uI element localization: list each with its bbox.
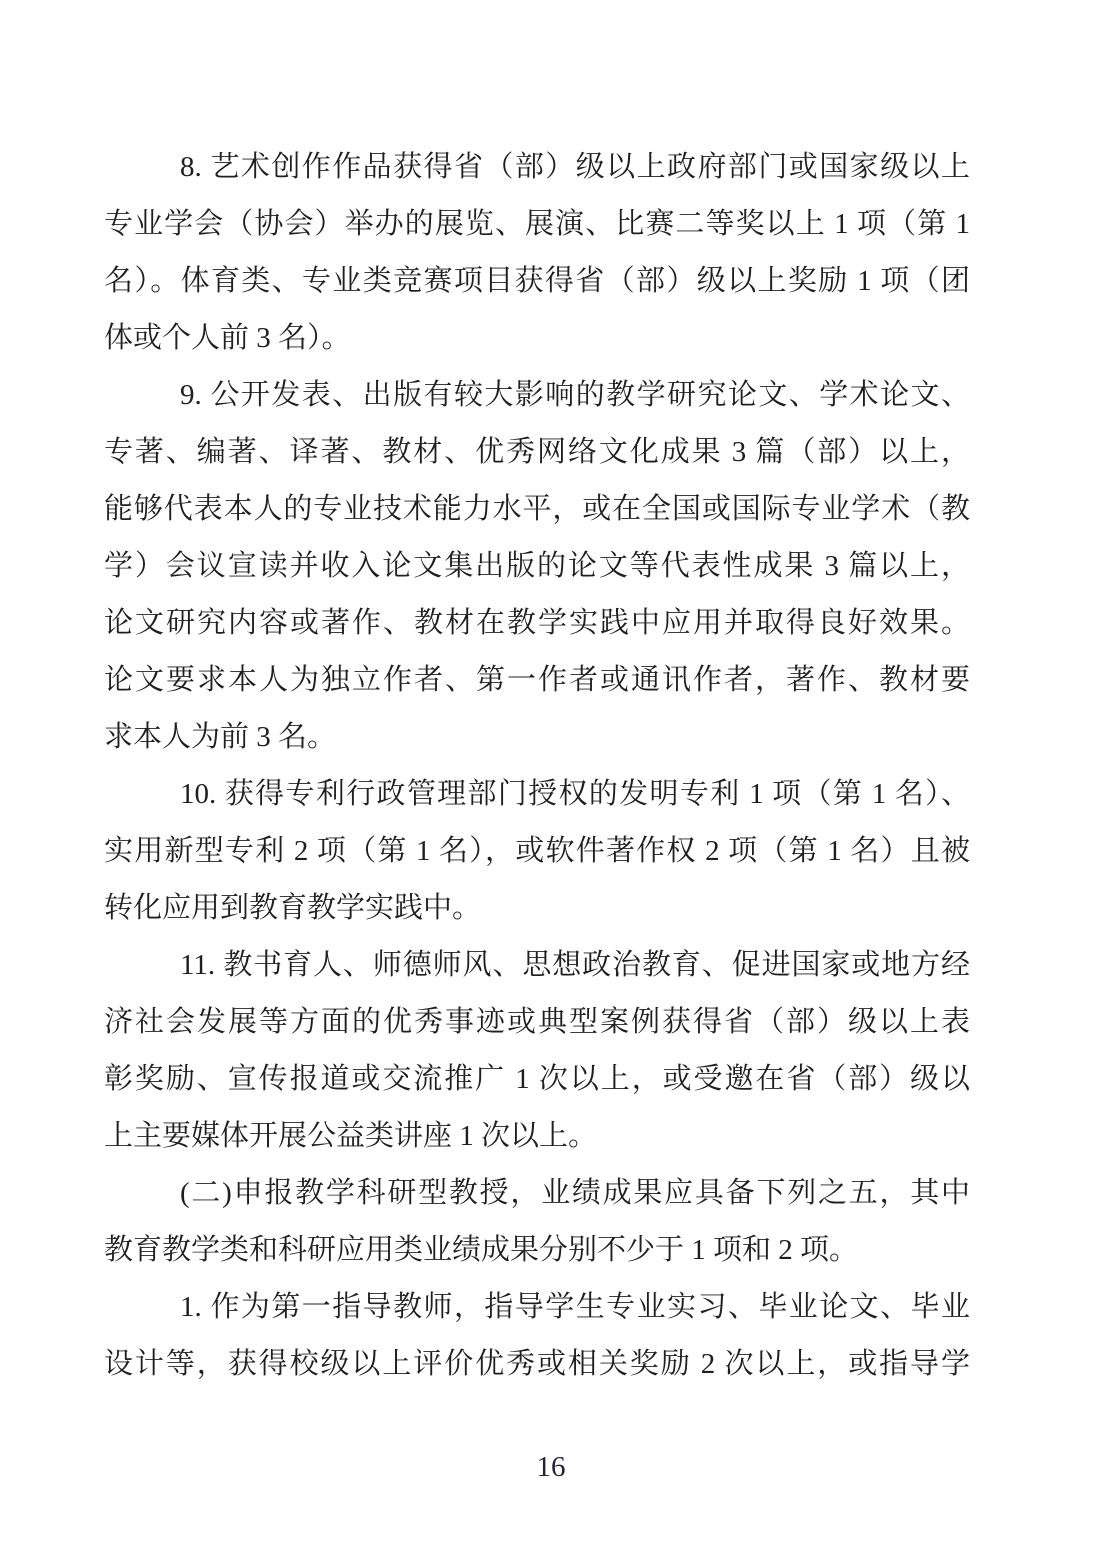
text-line: 8. 艺术创作作品获得省（部）级以上政府部门或国家级以上: [104, 139, 970, 196]
text-line: 论文要求本人为独立作者、第一作者或通讯作者，著作、教材要: [104, 652, 970, 709]
text-line: 11. 教书育人、师德师风、思想政治教育、促进国家或地方经: [104, 937, 970, 994]
text-line: 设计等，获得校级以上评价优秀或相关奖励 2 次以上，或指导学: [104, 1336, 970, 1393]
text-line: 专著、编著、译著、教材、优秀网络文化成果 3 篇（部）以上，: [104, 424, 970, 481]
text-line: 论文研究内容或著作、教材在教学实践中应用并取得良好效果。: [104, 595, 970, 652]
text-line: 上主要媒体开展公益类讲座 1 次以上。: [104, 1108, 970, 1165]
text-line: 实用新型专利 2 项（第 1 名），或软件著作权 2 项（第 1 名）且被: [104, 823, 970, 880]
text-line: 名）。体育类、专业类竞赛项目获得省（部）级以上奖励 1 项（团: [104, 253, 970, 310]
text-line: 求本人为前 3 名。: [104, 709, 970, 766]
text-line: 10. 获得专利行政管理部门授权的发明专利 1 项（第 1 名）、: [104, 766, 970, 823]
text-line: 专业学会（协会）举办的展览、展演、比赛二等奖以上 1 项（第 1: [104, 196, 970, 253]
document-page: 8. 艺术创作作品获得省（部）级以上政府部门或国家级以上 专业学会（协会）举办的…: [0, 0, 1102, 1559]
text-line: 彰奖励、宣传报道或交流推广 1 次以上，或受邀在省（部）级以: [104, 1051, 970, 1108]
text-line: 教育教学类和科研应用类业绩成果分别不少于 1 项和 2 项。: [104, 1222, 970, 1279]
page-number: 16: [0, 1452, 1102, 1482]
text-line: 学）会议宣读并收入论文集出版的论文等代表性成果 3 篇以上，: [104, 538, 970, 595]
text-line: 转化应用到教育教学实践中。: [104, 880, 970, 937]
document-body: 8. 艺术创作作品获得省（部）级以上政府部门或国家级以上 专业学会（协会）举办的…: [104, 139, 970, 1393]
text-line: (二)申报教学科研型教授，业绩成果应具备下列之五，其中: [104, 1165, 970, 1222]
text-line: 体或个人前 3 名）。: [104, 310, 970, 367]
text-line: 9. 公开发表、出版有较大影响的教学研究论文、学术论文、: [104, 367, 970, 424]
text-line: 能够代表本人的专业技术能力水平，或在全国或国际专业学术（教: [104, 481, 970, 538]
text-line: 1. 作为第一指导教师，指导学生专业实习、毕业论文、毕业: [104, 1279, 970, 1336]
text-line: 济社会发展等方面的优秀事迹或典型案例获得省（部）级以上表: [104, 994, 970, 1051]
